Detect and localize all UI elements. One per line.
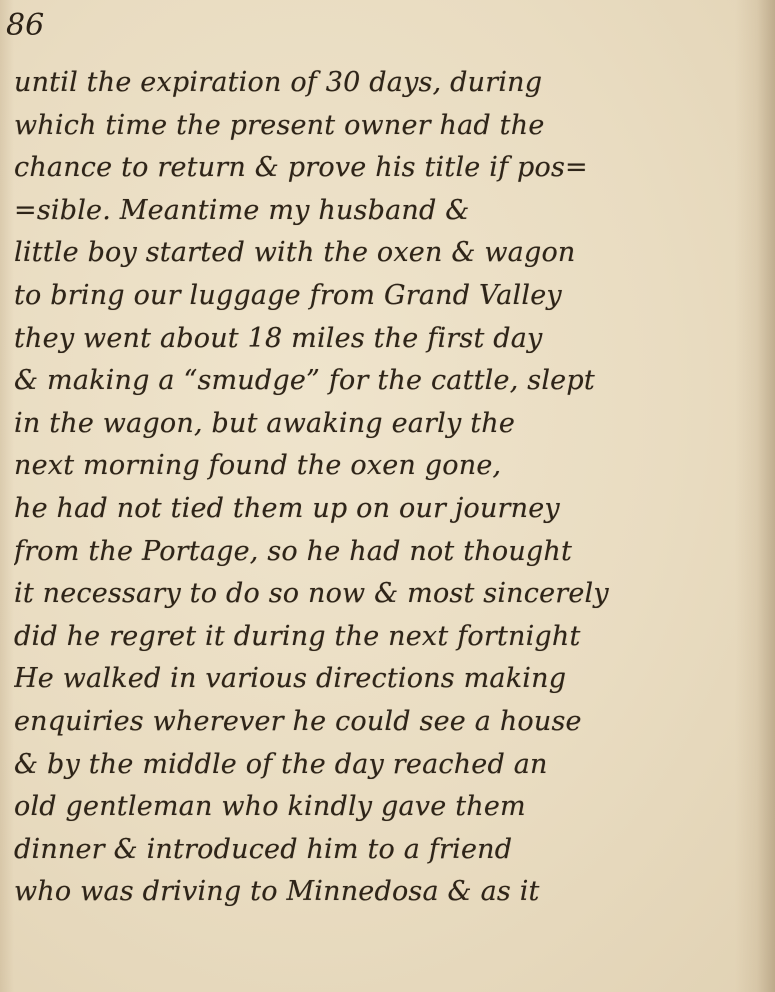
text-line: old gentleman who kindly gave them	[14, 786, 759, 829]
text-line: until the expiration of 30 days, during	[14, 62, 759, 105]
text-line: enquiries wherever he could see a house	[14, 701, 759, 744]
text-line: & making a “smudge” for the cattle, slep…	[14, 360, 759, 403]
text-line: He walked in various directions making	[14, 658, 759, 701]
text-line: & by the middle of the day reached an	[14, 744, 759, 787]
text-line: he had not tied them up on our journey	[14, 488, 759, 531]
manuscript-page: 86 until the expiration of 30 days, duri…	[0, 0, 775, 992]
text-line: to bring our luggage from Grand Valley	[14, 275, 759, 318]
text-line: it necessary to do so now & most sincere…	[14, 573, 759, 616]
text-line: dinner & introduced him to a friend	[14, 829, 759, 872]
text-line: did he regret it during the next fortnig…	[14, 616, 759, 659]
text-line: chance to return & prove his title if po…	[14, 147, 759, 190]
text-line: next morning found the oxen gone,	[14, 445, 759, 488]
handwritten-text-body: until the expiration of 30 days, during …	[14, 62, 759, 914]
text-line: from the Portage, so he had not thought	[14, 531, 759, 574]
text-line: who was driving to Minnedosa & as it	[14, 871, 759, 914]
text-line: they went about 18 miles the first day	[14, 318, 759, 361]
text-line: =sible. Meantime my husband &	[14, 190, 759, 233]
text-line: in the wagon, but awaking early the	[14, 403, 759, 446]
text-line: which time the present owner had the	[14, 105, 759, 148]
text-line: little boy started with the oxen & wagon	[14, 232, 759, 275]
page-number: 86	[6, 8, 44, 43]
